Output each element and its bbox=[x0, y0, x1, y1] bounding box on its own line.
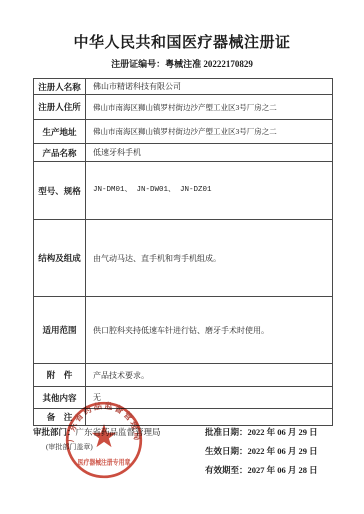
row-label: 产品名称 bbox=[34, 144, 86, 161]
seal-banner-text: 医疗器械注册专用章 bbox=[78, 457, 131, 466]
row-label: 生产地址 bbox=[34, 120, 86, 143]
table-row-attachment: 附 件 产品技术要求。 bbox=[34, 363, 332, 386]
row-label: 适用范围 bbox=[34, 297, 86, 363]
row-value: 由气动马达、直手机和弯手机组成。 bbox=[86, 220, 332, 296]
row-value: 佛山市南海区狮山镇罗村街边沙产塱工业区3号厂房之二 bbox=[86, 120, 332, 143]
approval-department-label: 审批部门： bbox=[33, 427, 76, 437]
approval-department-value: 广东省药品监督管理局 bbox=[76, 427, 161, 437]
approval-date-label: 批准日期： bbox=[205, 427, 248, 437]
expiry-date-value: 2027 年 06 月 28 日 bbox=[248, 465, 318, 475]
row-value: 无 bbox=[86, 387, 332, 408]
table-row-structure-composition: 结构及组成 由气动马达、直手机和弯手机组成。 bbox=[34, 219, 332, 296]
row-label: 注册人名称 bbox=[34, 79, 86, 94]
row-value: 佛山市精诺科技有限公司 bbox=[86, 79, 332, 94]
date-block: 批准日期：2022 年 06 月 29 日 生效日期：2022 年 06 月 2… bbox=[205, 423, 318, 480]
row-label: 结构及组成 bbox=[34, 220, 86, 296]
effective-date-value: 2022 年 06 月 29 日 bbox=[248, 446, 318, 456]
table-row-model-spec: 型号、规格 JN-DM01、 JN-DW01、 JN-DZ01 bbox=[34, 161, 332, 219]
certificate-title: 中华人民共和国医疗器械注册证 bbox=[0, 31, 364, 52]
table-row-other-content: 其他内容 无 bbox=[34, 386, 332, 408]
certificate-number-label: 注册证编号： bbox=[111, 59, 165, 69]
approval-date-value: 2022 年 06 月 29 日 bbox=[248, 427, 318, 437]
expiry-date-line: 有效期至：2027 年 06 月 28 日 bbox=[205, 461, 318, 480]
approval-department-line: 审批部门：广东省药品监督管理局 bbox=[33, 426, 161, 438]
certificate-number-value: 粤械注准 20222170829 bbox=[165, 59, 253, 69]
table-row-registrant-address: 注册人住所 佛山市南海区狮山镇罗村街边沙产塱工业区3号厂房之二 bbox=[34, 94, 332, 119]
certificate-number-line: 注册证编号：粤械注准 20222170829 bbox=[0, 57, 364, 70]
table-row-intended-use: 适用范围 供口腔科夹持低速车针进行钻、磨牙手术时使用。 bbox=[34, 296, 332, 363]
row-label: 型号、规格 bbox=[34, 162, 86, 219]
row-label: 其他内容 bbox=[34, 387, 86, 408]
row-value: 佛山市南海区狮山镇罗村街边沙产塱工业区3号厂房之二 bbox=[86, 95, 332, 119]
expiry-date-label: 有效期至： bbox=[205, 465, 248, 475]
approval-date-line: 批准日期：2022 年 06 月 29 日 bbox=[205, 423, 318, 442]
certificate-page: 中华人民共和国医疗器械注册证 注册证编号：粤械注准 20222170829 注册… bbox=[0, 0, 364, 514]
table-row-production-address: 生产地址 佛山市南海区狮山镇罗村街边沙产塱工业区3号厂房之二 bbox=[34, 119, 332, 143]
row-value: 产品技术要求。 bbox=[86, 364, 332, 386]
registration-table: 注册人名称 佛山市精诺科技有限公司 注册人住所 佛山市南海区狮山镇罗村街边沙产塱… bbox=[33, 78, 333, 426]
effective-date-label: 生效日期： bbox=[205, 446, 248, 456]
row-label: 附 件 bbox=[34, 364, 86, 386]
effective-date-line: 生效日期：2022 年 06 月 29 日 bbox=[205, 442, 318, 461]
row-value: 供口腔科夹持低速车针进行钻、磨牙手术时使用。 bbox=[86, 297, 332, 363]
approval-stamp-note: (审批部门盖章) bbox=[46, 442, 93, 452]
row-label: 备 注 bbox=[34, 409, 86, 425]
table-row-product-name: 产品名称 低速牙科手机 bbox=[34, 143, 332, 161]
row-value: 低速牙科手机 bbox=[86, 144, 332, 161]
table-row-registrant-name: 注册人名称 佛山市精诺科技有限公司 bbox=[34, 79, 332, 94]
row-value: JN-DM01、 JN-DW01、 JN-DZ01 bbox=[86, 162, 332, 219]
row-label: 注册人住所 bbox=[34, 95, 86, 119]
